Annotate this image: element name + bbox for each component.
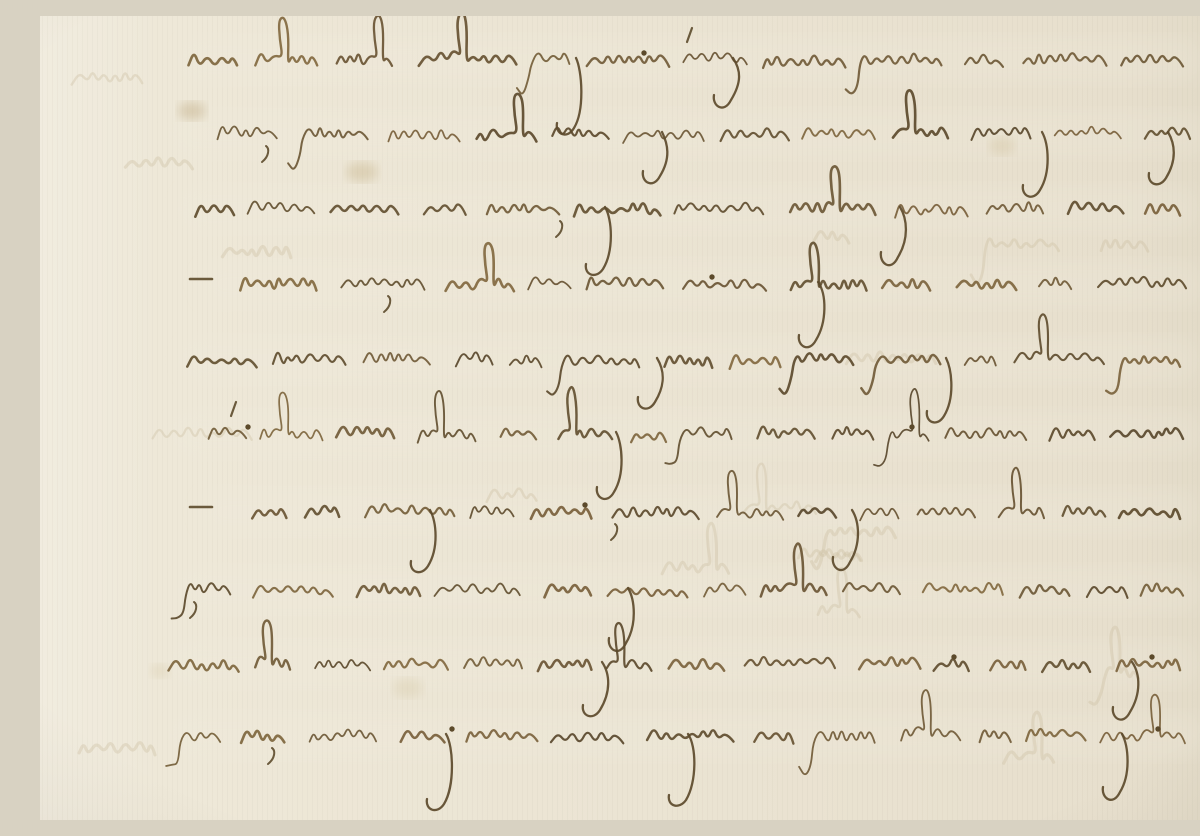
photo-vignette: [40, 16, 1200, 820]
manuscript-photo: Photograph of an aged manuscript page be…: [40, 16, 1200, 820]
manuscript-page-svg: [40, 16, 1200, 820]
